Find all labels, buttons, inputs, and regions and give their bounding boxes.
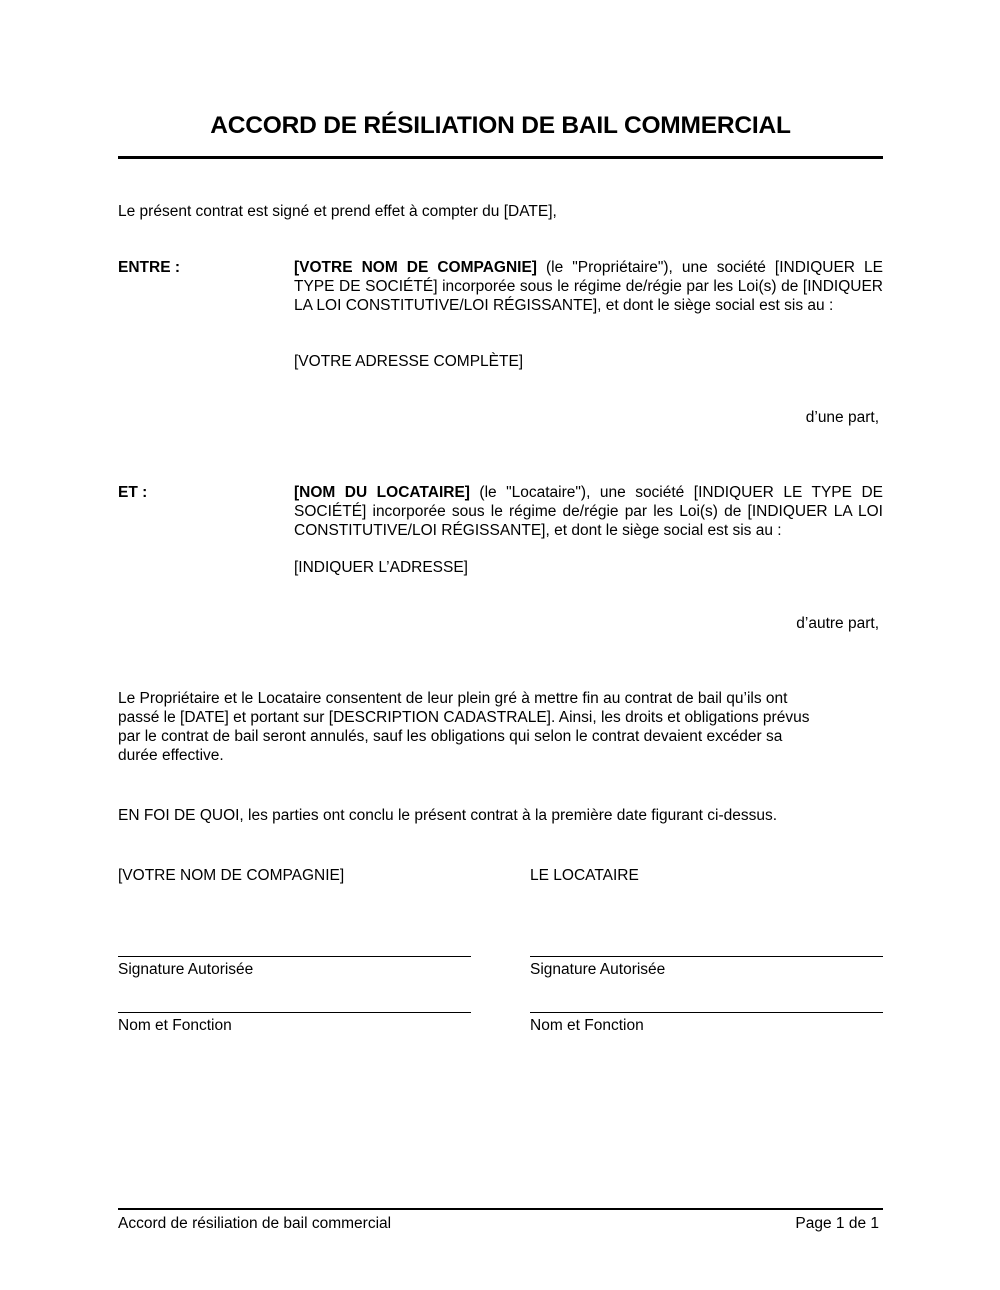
termination-paragraph: Le Propriétaire et le Locataire consente… [118, 689, 818, 765]
party-owner-name: [VOTRE NOM DE COMPAGNIE] [294, 259, 537, 276]
signature-line-tenant [530, 956, 883, 957]
signature-party-tenant: LE LOCATAIRE [530, 866, 883, 885]
party-owner-description: [VOTRE NOM DE COMPAGNIE] (le "Propriétai… [294, 258, 883, 315]
party-owner-address: [VOTRE ADRESSE COMPLÈTE] [294, 352, 523, 371]
witness-clause: EN FOI DE QUOI, les parties ont conclu l… [118, 806, 883, 825]
name-title-label-company: Nom et Fonction [118, 1016, 471, 1035]
signature-line-company [118, 956, 471, 957]
party-owner-closing: d’une part, [806, 408, 879, 427]
footer-page-number: Page 1 de 1 [795, 1214, 879, 1233]
document-title: ACCORD DE RÉSILIATION DE BAIL COMMERCIAL [118, 112, 883, 140]
party-tenant-address: [INDIQUER L’ADRESSE] [294, 558, 468, 577]
title-underline [118, 156, 883, 159]
footer-rule [118, 1208, 883, 1210]
name-title-label-tenant: Nom et Fonction [530, 1016, 883, 1035]
name-title-line-tenant [530, 1012, 883, 1013]
party-tenant-name: [NOM DU LOCATAIRE] [294, 484, 470, 501]
name-title-line-company [118, 1012, 471, 1013]
intro-statement: Le présent contrat est signé et prend ef… [118, 202, 557, 221]
party-label-et: ET : [118, 483, 147, 502]
party-tenant-closing: d’autre part, [796, 614, 879, 633]
document-page: ACCORD DE RÉSILIATION DE BAIL COMMERCIAL… [0, 0, 1000, 1290]
footer-document-name: Accord de résiliation de bail commercial [118, 1214, 391, 1233]
signature-label-company: Signature Autorisée [118, 960, 471, 979]
signature-party-company: [VOTRE NOM DE COMPAGNIE] [118, 866, 471, 885]
party-tenant-description: [NOM DU LOCATAIRE] (le "Locataire"), une… [294, 483, 883, 540]
party-label-entre: ENTRE : [118, 258, 180, 277]
signature-label-tenant: Signature Autorisée [530, 960, 883, 979]
